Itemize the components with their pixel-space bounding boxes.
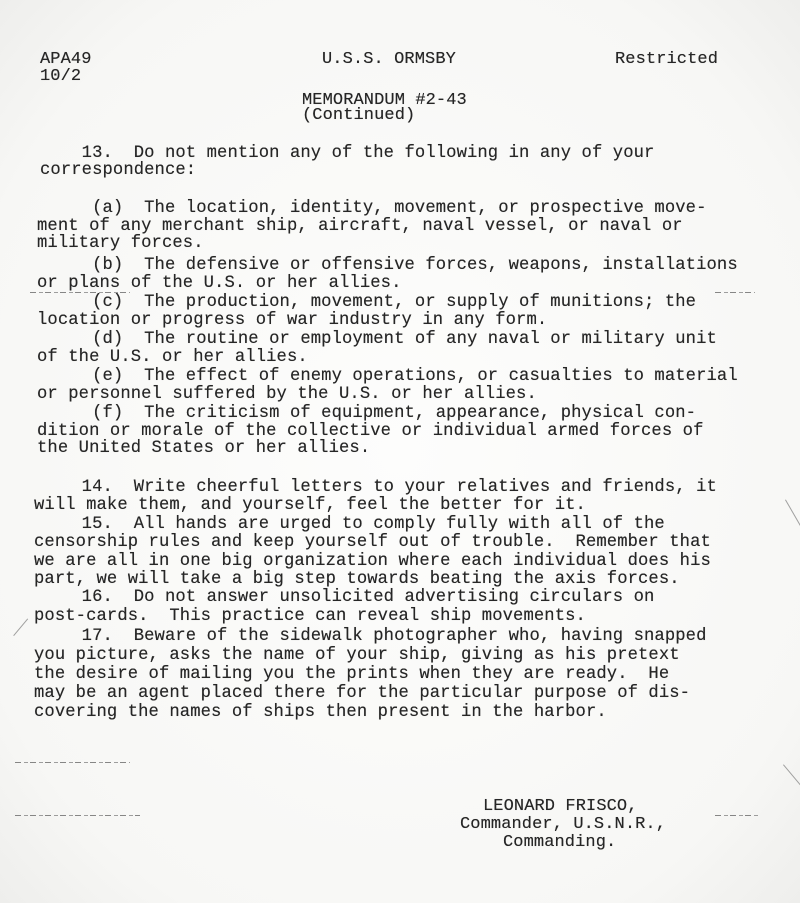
faint-rule [15,815,140,816]
memorandum-page: APA49 10/2 U.S.S. ORMSBY Restricted MEMO… [0,0,800,903]
ship-name: U.S.S. ORMSBY [322,51,456,69]
signer-role: Commanding. [503,834,616,852]
faint-rule [30,292,130,293]
pen-stroke-mark [13,619,28,636]
memo-subtitle: (Continued) [302,107,415,125]
signer-rank: Commander, U.S.N.R., [460,816,666,834]
classification-label: Restricted [615,51,718,69]
scan-edge-mark [785,500,800,526]
document-date: 10/2 [40,68,81,86]
faint-rule [715,292,755,293]
scan-edge-mark [783,764,800,786]
faint-rule [15,762,130,763]
signer-name: LEONARD FRISCO, [483,798,638,816]
faint-rule [715,815,760,816]
